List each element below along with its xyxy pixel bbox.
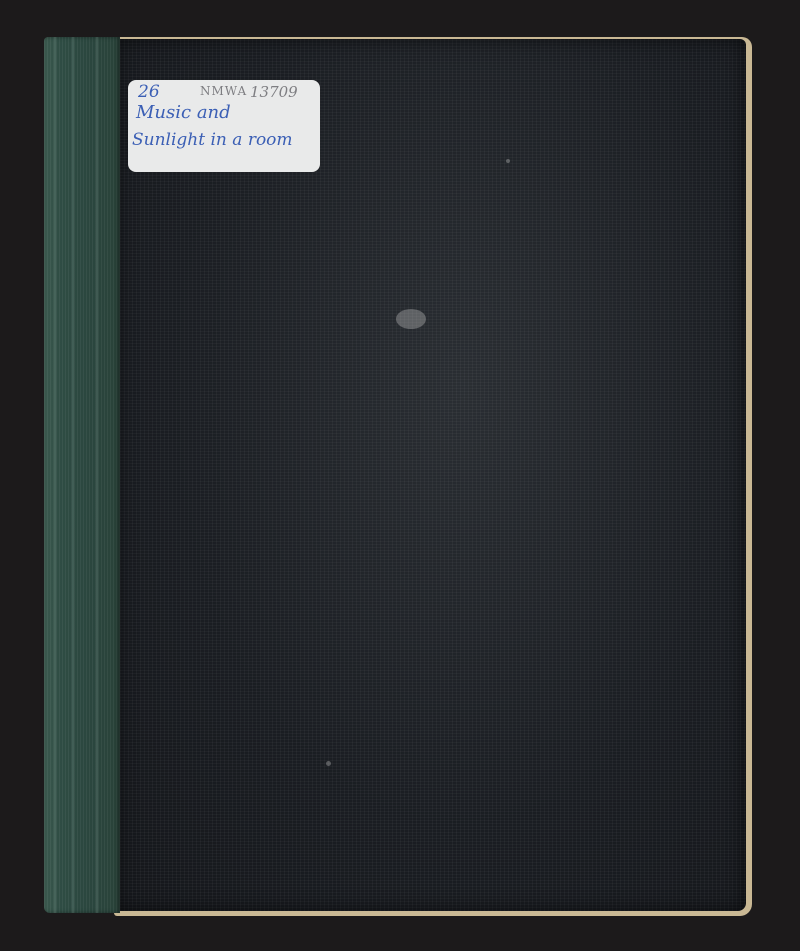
notebook: 26 NMWA 13709 Music and Sunlight in a ro… xyxy=(44,37,752,916)
green-cloth-spine xyxy=(44,37,120,913)
label-accession: 13709 xyxy=(250,83,298,101)
cover-scuff xyxy=(506,159,510,163)
label-title-line2: Sunlight in a room xyxy=(132,130,293,150)
label-collection: NMWA xyxy=(200,84,247,98)
cover-scuff xyxy=(326,761,331,766)
cover-scuff xyxy=(396,309,426,329)
cover-label: 26 NMWA 13709 Music and Sunlight in a ro… xyxy=(128,80,320,172)
label-number: 26 xyxy=(138,82,160,102)
label-title-line1: Music and xyxy=(136,102,231,123)
